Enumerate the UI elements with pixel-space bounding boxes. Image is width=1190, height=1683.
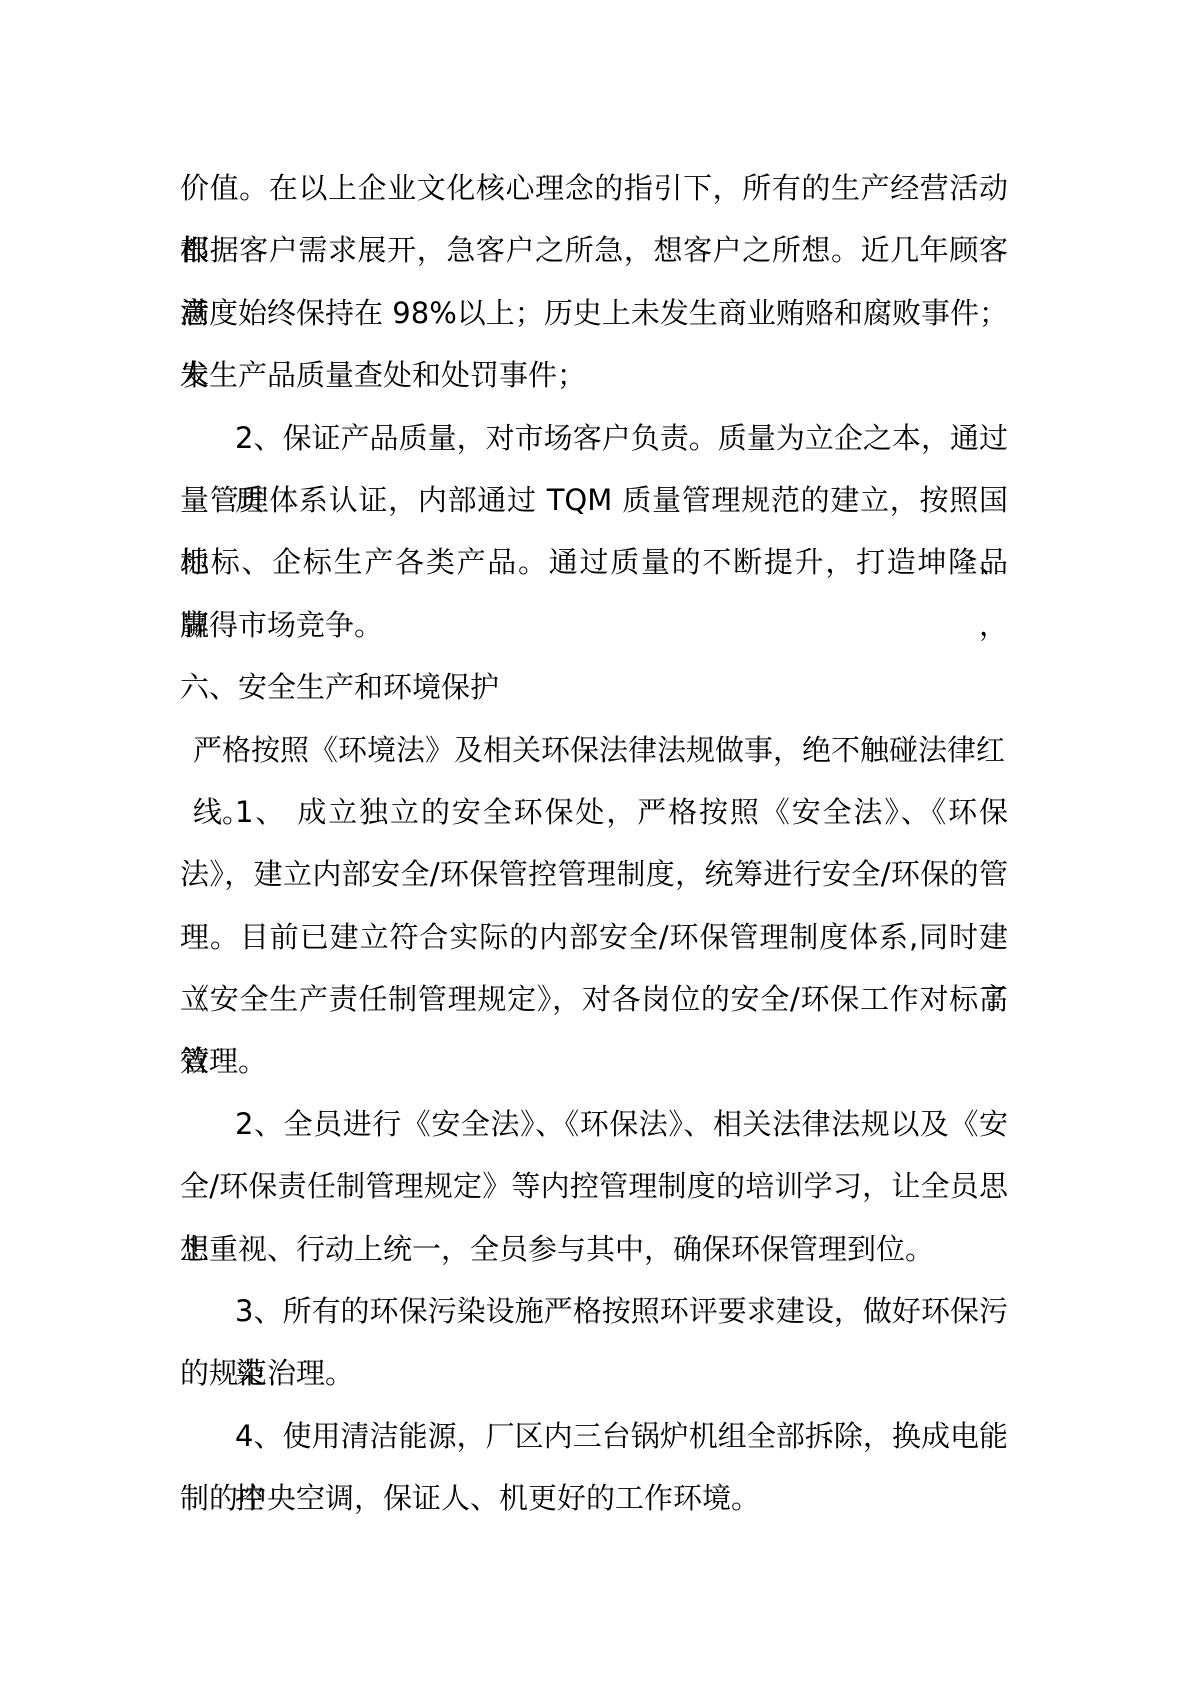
document-body: 价值。在以上企业文化核心理念的指引下，所有的生产经营活动都根据客户需求展开，急客… — [180, 157, 1008, 1530]
text-line-21: 4、使用清洁能源，厂区内三台锅炉机组全部拆除，换成电能控 — [180, 1405, 1008, 1467]
text-line-18: 上重视、行动上统一，全员参与其中，确保环保管理到位。 — [180, 1218, 1008, 1280]
text-line-1: 价值。在以上企业文化核心理念的指引下，所有的生产经营活动都 — [180, 157, 1008, 219]
text-line-6: 量管理体系认证，内部通过 TQM 质量管理规范的建立，按照国标、 — [180, 469, 1008, 531]
text-line-2: 根据客户需求展开，急客户之所急，想客户之所想。近几年顾客满 — [180, 219, 1008, 281]
text-line-19: 3、所有的环保污染设施严格按照环评要求建设，做好环保污染 — [180, 1280, 1008, 1342]
text-line-7: 地标、企标生产各类产品。通过质量的不断提升，打造坤隆品牌， — [180, 531, 1008, 593]
text-line-16: 2、全员进行《安全法》、《环保法》、相关法律法规以及《安 — [180, 1093, 1008, 1155]
text-line-3: 意度始终保持在 98%以上；历史上未发生商业贿赂和腐败事件；未 — [180, 282, 1008, 344]
text-line-9: 六、安全生产和环境保护 — [180, 656, 1008, 718]
text-line-17: 全/环保责任制管理规定》等内控管理制度的培训学习，让全员思想 — [180, 1155, 1008, 1217]
text-line-15: 管理。 — [180, 1030, 1008, 1092]
text-line-12: 法》，建立内部安全/环保管控管理制度，统筹进行安全/环保的管 — [180, 843, 1008, 905]
text-line-13: 理。目前已建立符合实际的内部安全/环保管理制度体系,同时建立了 — [180, 906, 1008, 968]
text-line-10: 严格按照《环境法》及相关环保法律法规做事，绝不触碰法律红线。 — [180, 719, 1008, 781]
text-line-14: 《安全生产责任制管理规定》，对各岗位的安全/环保工作对标高效 — [180, 968, 1008, 1030]
text-line-22: 制的中央空调，保证人、机更好的工作环境。 — [180, 1467, 1008, 1529]
text-line-5: 2、保证产品质量，对市场客户负责。质量为立企之本，通过质 — [180, 407, 1008, 469]
text-line-20: 的规范治理。 — [180, 1342, 1008, 1404]
text-line-11: 1、 成立独立的安全环保处，严格按照《安全法》、《环保 — [180, 781, 1008, 843]
document-page: 价值。在以上企业文化核心理念的指引下，所有的生产经营活动都根据客户需求展开，急客… — [0, 0, 1190, 1683]
text-line-4: 发生产品质量查处和处罚事件； — [180, 344, 1008, 406]
